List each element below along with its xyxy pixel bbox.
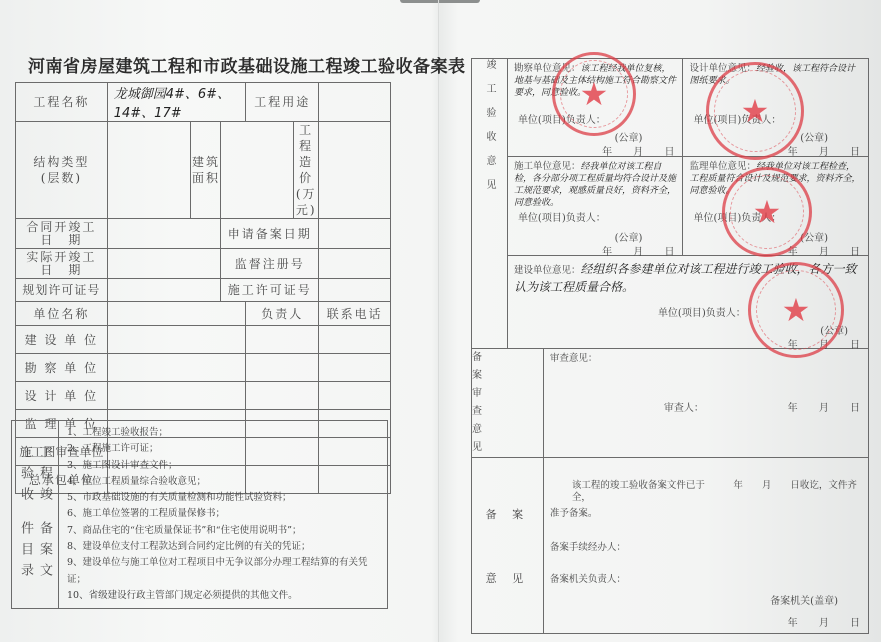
structure-value — [107, 122, 191, 219]
project-name-label: 工程名称 — [16, 83, 108, 122]
file-item: 9、建设单位与施工单位对工程项目中无争议部分办理工程结算的有关凭证； — [67, 555, 379, 588]
project-use-value — [319, 83, 391, 122]
project-use-label: 工程用途 — [246, 83, 319, 122]
filing-handler: 备案手续经办人： — [550, 542, 862, 554]
file-item: 1、工程竣工验收报告； — [67, 425, 379, 441]
project-name-value: 龙城御园4#、6#、14#、17# — [107, 83, 246, 122]
construction-permit-value — [319, 279, 391, 302]
construction-permit-label: 施工许可证号 — [221, 279, 319, 302]
unit-row: 设 计 单 位 — [16, 382, 391, 410]
files-list: 1、工程竣工验收报告； 2、工程施工许可证； 3、施工图设计审查文件； 4、单位… — [59, 421, 388, 609]
filing-label: 备 案 意 见 — [472, 458, 544, 634]
unit-label: 勘 察 单 位 — [16, 354, 108, 382]
review-opinion: 审查意见： 审查人： 年 月 日 — [543, 349, 868, 458]
file-item: 8、建设单位支付工程款达到合同约定比例的有关的凭证； — [67, 539, 379, 555]
area-value — [221, 122, 294, 219]
unit-label: 建 设 单 位 — [16, 326, 108, 354]
area-label: 建筑 面积 — [191, 122, 221, 219]
design-opinion: 设计单位意见：经验收，该工程符合设计图纸要求。 单位(项目)负责人： (公章) … — [683, 59, 869, 157]
review-label: 备案审查意见 — [472, 349, 544, 458]
apply-date-value — [319, 219, 391, 249]
acceptance-label: 竣工验收意见 — [472, 59, 508, 349]
planning-permit-value — [107, 279, 221, 302]
structure-label: 结构类型 (层数) — [16, 122, 108, 219]
supervision-no-label: 监督注册号 — [221, 249, 319, 279]
file-item: 3、施工图设计审查文件； — [67, 458, 379, 474]
survey-opinion: 勘察单位意见：该工程经我单位复核，地基与基础及主体结构施工符合勘察文件要求，同意… — [507, 59, 683, 157]
file-item: 2、工程施工许可证； — [67, 441, 379, 457]
unit-name-header: 单位名称 — [16, 302, 108, 326]
contract-date-value — [107, 219, 221, 249]
file-item: 7、商品住宅的“住宅质量保证书”和“住宅使用说明书”； — [67, 523, 379, 539]
files-table: 工程竣工验收备案文件目录 1、工程竣工验收报告； 2、工程施工许可证； 3、施工… — [11, 420, 388, 609]
acceptance-table: 竣工验收意见 勘察单位意见：该工程经我单位复核，地基与基础及主体结构施工符合勘察… — [471, 58, 869, 634]
unit-row: 建 设 单 位 — [16, 326, 391, 354]
filing-opinion: 该工程的竣工验收备案文件已于 年 月 日收讫，文件齐全， 准予备案。 备案手续经… — [543, 458, 868, 634]
owner-opinion: 建设单位意见：经组织各参建单位对该工程进行竣工验收，各方一致认为该工程质量合格。… — [507, 256, 868, 349]
construction-opinion: 施工单位意见：经我单位对该工程自检，各分部分项工程质量均符合设计及施工规范要求，… — [507, 157, 683, 256]
cost-label: 工程造价 (万元) — [294, 122, 319, 219]
binder-clip — [400, 0, 480, 3]
planning-permit-label: 规划许可证号 — [16, 279, 108, 302]
file-item: 4、单位工程质量综合验收意见； — [67, 474, 379, 490]
supervision-no-value — [319, 249, 391, 279]
unit-row: 勘 察 单 位 — [16, 354, 391, 382]
phone-header: 联系电话 — [319, 302, 391, 326]
files-label: 工程竣工验收备案文件目录 — [12, 421, 59, 609]
file-item: 6、施工单位签署的工程质量保修书； — [67, 506, 379, 522]
document-title: 河南省房屋建筑工程和市政基础设施工程竣工验收备案表 — [28, 52, 466, 77]
supervision-opinion: 监理单位意见：经我单位对该工程检查，工程质量符合设计及规范要求，资料齐全，同意验… — [683, 157, 869, 256]
cost-value — [319, 122, 391, 219]
person-header: 负责人 — [246, 302, 319, 326]
file-item: 10、省级建设行政主管部门规定必须提供的其他文件。 — [67, 588, 379, 604]
unit-label: 设 计 单 位 — [16, 382, 108, 410]
contract-date-label: 合同开竣工 日 期 — [16, 219, 108, 249]
apply-date-label: 申请备案日期 — [221, 219, 319, 249]
page-fold — [438, 0, 439, 642]
actual-date-value — [107, 249, 221, 279]
actual-date-label: 实际开竣工 日 期 — [16, 249, 108, 279]
filing-head: 备案机关负责人： — [550, 574, 862, 586]
file-item: 5、市政基础设施的有关质量检测和功能性试验资料； — [67, 490, 379, 506]
